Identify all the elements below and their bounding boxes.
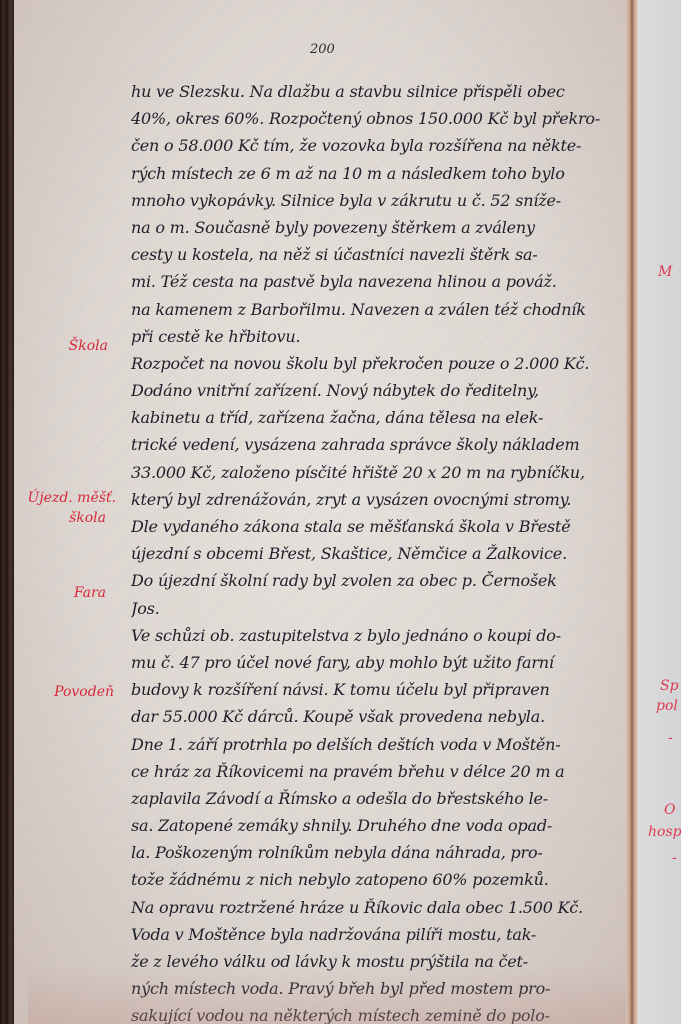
text-line: čen o 58.000 Kč tím, že vozovka byla roz…	[131, 132, 636, 159]
text-line: Dle vydaného zákona stala se měšťanská š…	[131, 513, 636, 540]
text-line: zaplavila Závodí a Římsko a odešla do bř…	[131, 785, 636, 812]
next-page-edge: M Sp pol - O hosp -	[638, 0, 681, 1024]
text-line: cesty u kostela, na něž si účastníci nav…	[131, 241, 636, 268]
text-line: rých místech ze 6 m až na 10 m a následk…	[131, 160, 636, 187]
margin-note-fara: Fara	[44, 583, 106, 603]
text-line: trické vedení, vysázena zahrada správce …	[131, 431, 636, 458]
text-line: který byl zdrenážován, zryt a vysázen ov…	[131, 486, 636, 513]
next-page-note-fragment: hosp	[648, 822, 681, 842]
text-line: Voda v Moštěnce byla nadržována pilíři m…	[131, 921, 636, 948]
next-page-note-fragment: -	[668, 728, 673, 748]
text-line: Dne 1. září protrhla po delších deštích …	[131, 731, 636, 758]
page-number: 200	[310, 42, 335, 57]
text-line: sa. Zatopené zemáky shnily. Druhého dne …	[131, 812, 636, 839]
text-line: při cestě ke hřbitovu.	[131, 323, 636, 350]
text-line: Do újezdní školní rady byl zvolen za obe…	[131, 567, 636, 594]
text-line: hu ve Slezsku. Na dlažbu a stavbu silnic…	[131, 78, 636, 105]
next-page-note-fragment: M	[658, 262, 672, 282]
text-line: tože žádnému z nich nebylo zatopeno 60% …	[131, 866, 636, 893]
next-page-note-fragment: Sp	[660, 676, 679, 696]
text-line: újezdní s obcemi Břest, Skaštice, Němčic…	[131, 540, 636, 567]
text-line: mnoho vykopávky. Silnice byla v zákrutu …	[131, 187, 636, 214]
text-line: budovy k rozšíření návsi. K tomu účelu b…	[131, 676, 636, 703]
text-line: mi. Též cesta na pastvě byla navezena hl…	[131, 268, 636, 295]
text-line: ce hráz za Říkovicemi na pravém břehu v …	[131, 758, 636, 785]
text-line: na o m. Současně byly povezeny štěrkem a…	[131, 214, 636, 241]
next-page-note-fragment: -	[672, 848, 677, 868]
text-line: 40%, okres 60%. Rozpočtený obnos 150.000…	[131, 105, 636, 132]
text-line: dar 55.000 Kč dárců. Koupě však proveden…	[131, 703, 636, 730]
text-line: Ve schůzi ob. zastupitelstva z bylo jedn…	[131, 622, 636, 649]
page-gutter	[626, 0, 638, 1024]
text-line: Jos.	[131, 595, 636, 622]
handwritten-body: hu ve Slezsku. Na dlažbu a stavbu silnic…	[131, 78, 636, 1024]
text-line: Rozpočet na novou školu byl překročen po…	[131, 350, 636, 377]
text-line: Dodáno vnitřní zařízení. Nový nábytek do…	[131, 377, 636, 404]
margin-note-skola: Škola	[46, 336, 108, 356]
next-page-note-fragment: pol	[656, 696, 678, 716]
text-line: mu č. 47 pro účel nové fary, aby mohlo b…	[131, 649, 636, 676]
text-line: kabinetu a tříd, zařízena žačna, dána tě…	[131, 404, 636, 431]
margin-note-povoden: Povodeň	[30, 682, 114, 702]
ledger-page: 200 hu ve Slezsku. Na dlažbu a stavbu si…	[14, 0, 630, 1024]
text-line: na kamenem z Barbořilmu. Navezen a zvále…	[131, 296, 636, 323]
next-page-note-fragment: O	[664, 800, 675, 820]
text-line: Na opravu roztržené hráze u Říkovic dala…	[131, 894, 636, 921]
book-spread: 200 hu ve Slezsku. Na dlažbu a stavbu si…	[0, 0, 681, 1024]
margin-note-skola-2: škola	[44, 508, 106, 528]
book-binding-edge	[0, 0, 14, 1024]
text-line: 33.000 Kč, založeno písčité hřiště 20 x …	[131, 459, 636, 486]
margin-note-ujezd-mest: Újezd. měšť.	[18, 488, 116, 508]
page-bottom-shadow	[28, 964, 644, 1024]
text-line: la. Poškozeným rolníkům nebyla dána náhr…	[131, 839, 636, 866]
